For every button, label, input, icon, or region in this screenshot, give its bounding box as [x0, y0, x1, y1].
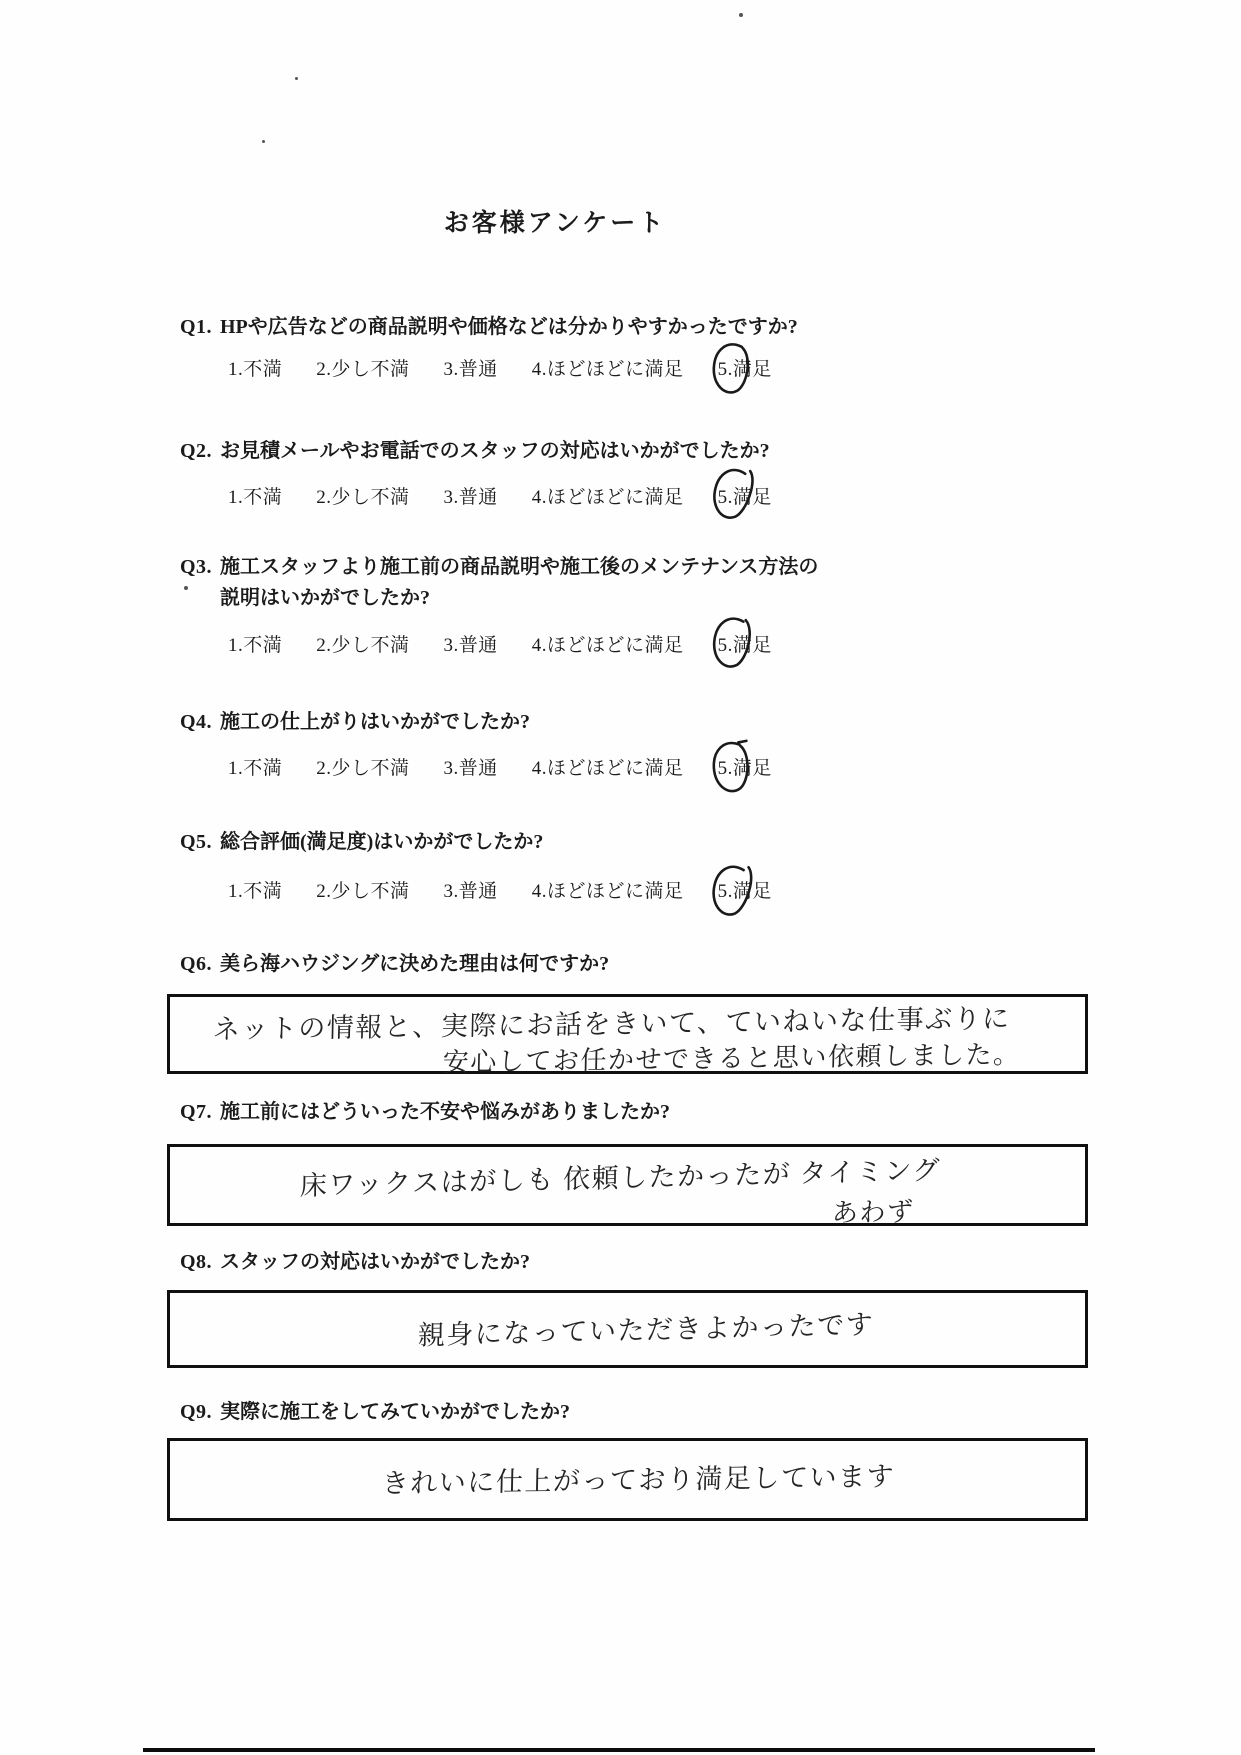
scan-speck — [739, 13, 743, 17]
page-bottom-scan-line — [143, 1748, 1095, 1752]
options-row-q1: 1.不満 2.少し不満 3.普通 4.ほどほどに満足 5.満足 — [228, 354, 772, 381]
question-label: Q6. — [180, 949, 220, 980]
option-2: 2.少し不満 — [316, 354, 409, 381]
question-text: お見積メールやお電話でのスタッフの対応はいかがでしたか? — [220, 440, 770, 462]
question-text: 施工スタッフより施工前の商品説明や施工後のメンテナンス方法の — [220, 556, 818, 578]
question-text: スタッフの対応はいかがでしたか? — [220, 1251, 530, 1273]
option-5-label: 5.満足 — [718, 487, 772, 508]
scan-speck — [262, 140, 265, 143]
option-4: 4.ほどほどに満足 — [532, 630, 684, 657]
option-5-selected: 5.満足 — [718, 630, 772, 657]
question-label: Q8. — [180, 1247, 220, 1278]
question-heading-q7: Q7.施工前にはどういった不安や悩みがありましたか? — [180, 1097, 670, 1128]
scan-speck — [295, 77, 298, 80]
scan-speck — [184, 586, 188, 590]
option-1: 1.不満 — [228, 482, 282, 509]
option-5-selected: 5.満足 — [718, 482, 772, 509]
handwritten-answer-q9-line1: きれいに仕上がっており満足しています — [381, 1454, 895, 1500]
option-2: 2.少し不満 — [316, 753, 409, 780]
option-3: 3.普通 — [444, 630, 498, 657]
question-heading-q5: Q5.総合評価(満足度)はいかがでしたか? — [180, 827, 543, 858]
question-text: 施工前にはどういった不安や悩みがありましたか? — [220, 1101, 670, 1123]
question-label: Q1. — [180, 312, 220, 343]
options-row-q2: 1.不満 2.少し不満 3.普通 4.ほどほどに満足 5.満足 — [228, 482, 772, 509]
options-row-q4: 1.不満 2.少し不満 3.普通 4.ほどほどに満足 5.満足 — [228, 753, 772, 780]
option-4: 4.ほどほどに満足 — [532, 753, 684, 780]
handwritten-answer-q7-line2: あわず — [832, 1191, 915, 1229]
question-heading-q8: Q8.スタッフの対応はいかがでしたか? — [180, 1247, 530, 1278]
option-5-selected: 5.満足 — [718, 876, 772, 903]
option-5-selected: 5.満足 — [718, 354, 772, 381]
page-title: お客様アンケート — [0, 203, 1110, 239]
question-text: 実際に施工をしてみていかがでしたか? — [220, 1401, 570, 1423]
option-1: 1.不満 — [228, 876, 282, 903]
option-5-label: 5.満足 — [718, 758, 772, 779]
option-4: 4.ほどほどに満足 — [532, 482, 684, 509]
option-2: 2.少し不満 — [316, 876, 409, 903]
option-1: 1.不満 — [228, 630, 282, 657]
option-2: 2.少し不満 — [316, 482, 409, 509]
question-heading-q1: Q1.HPや広告などの商品説明や価格などは分かりやすかったですか? — [180, 312, 798, 343]
option-4: 4.ほどほどに満足 — [532, 876, 684, 903]
option-3: 3.普通 — [444, 354, 498, 381]
options-row-q5: 1.不満 2.少し不満 3.普通 4.ほどほどに満足 5.満足 — [228, 876, 772, 903]
question-text-line2: 説明はいかがでしたか? — [220, 583, 818, 614]
question-text: HPや広告などの商品説明や価格などは分かりやすかったですか? — [220, 316, 798, 338]
option-3: 3.普通 — [444, 876, 498, 903]
option-5-selected: 5.満足 — [718, 753, 772, 780]
option-3: 3.普通 — [444, 753, 498, 780]
question-text: 総合評価(満足度)はいかがでしたか? — [220, 831, 543, 853]
question-label: Q3. — [180, 552, 220, 583]
option-5-label: 5.満足 — [718, 359, 772, 380]
option-3: 3.普通 — [444, 482, 498, 509]
question-text: 施工の仕上がりはいかがでしたか? — [220, 711, 530, 733]
question-heading-q2: Q2.お見積メールやお電話でのスタッフの対応はいかがでしたか? — [180, 436, 770, 467]
survey-document-page: お客様アンケート Q1.HPや広告などの商品説明や価格などは分かりやすかったです… — [0, 0, 1241, 1755]
option-4: 4.ほどほどに満足 — [532, 354, 684, 381]
option-1: 1.不満 — [228, 753, 282, 780]
question-label: Q5. — [180, 827, 220, 858]
option-1: 1.不満 — [228, 354, 282, 381]
option-2: 2.少し不満 — [316, 630, 409, 657]
question-label: Q2. — [180, 436, 220, 467]
question-label: Q4. — [180, 707, 220, 738]
question-label: Q9. — [180, 1397, 220, 1428]
question-heading-q3: Q3.施工スタッフより施工前の商品説明や施工後のメンテナンス方法の 説明はいかが… — [180, 552, 818, 614]
question-text: 美ら海ハウジングに決めた理由は何ですか? — [220, 953, 609, 975]
question-heading-q6: Q6.美ら海ハウジングに決めた理由は何ですか? — [180, 949, 609, 980]
option-5-label: 5.満足 — [718, 881, 772, 902]
options-row-q3: 1.不満 2.少し不満 3.普通 4.ほどほどに満足 5.満足 — [228, 630, 772, 657]
question-label: Q7. — [180, 1097, 220, 1128]
option-5-label: 5.満足 — [718, 635, 772, 656]
question-heading-q4: Q4.施工の仕上がりはいかがでしたか? — [180, 707, 530, 738]
question-heading-q9: Q9.実際に施工をしてみていかがでしたか? — [180, 1397, 570, 1428]
